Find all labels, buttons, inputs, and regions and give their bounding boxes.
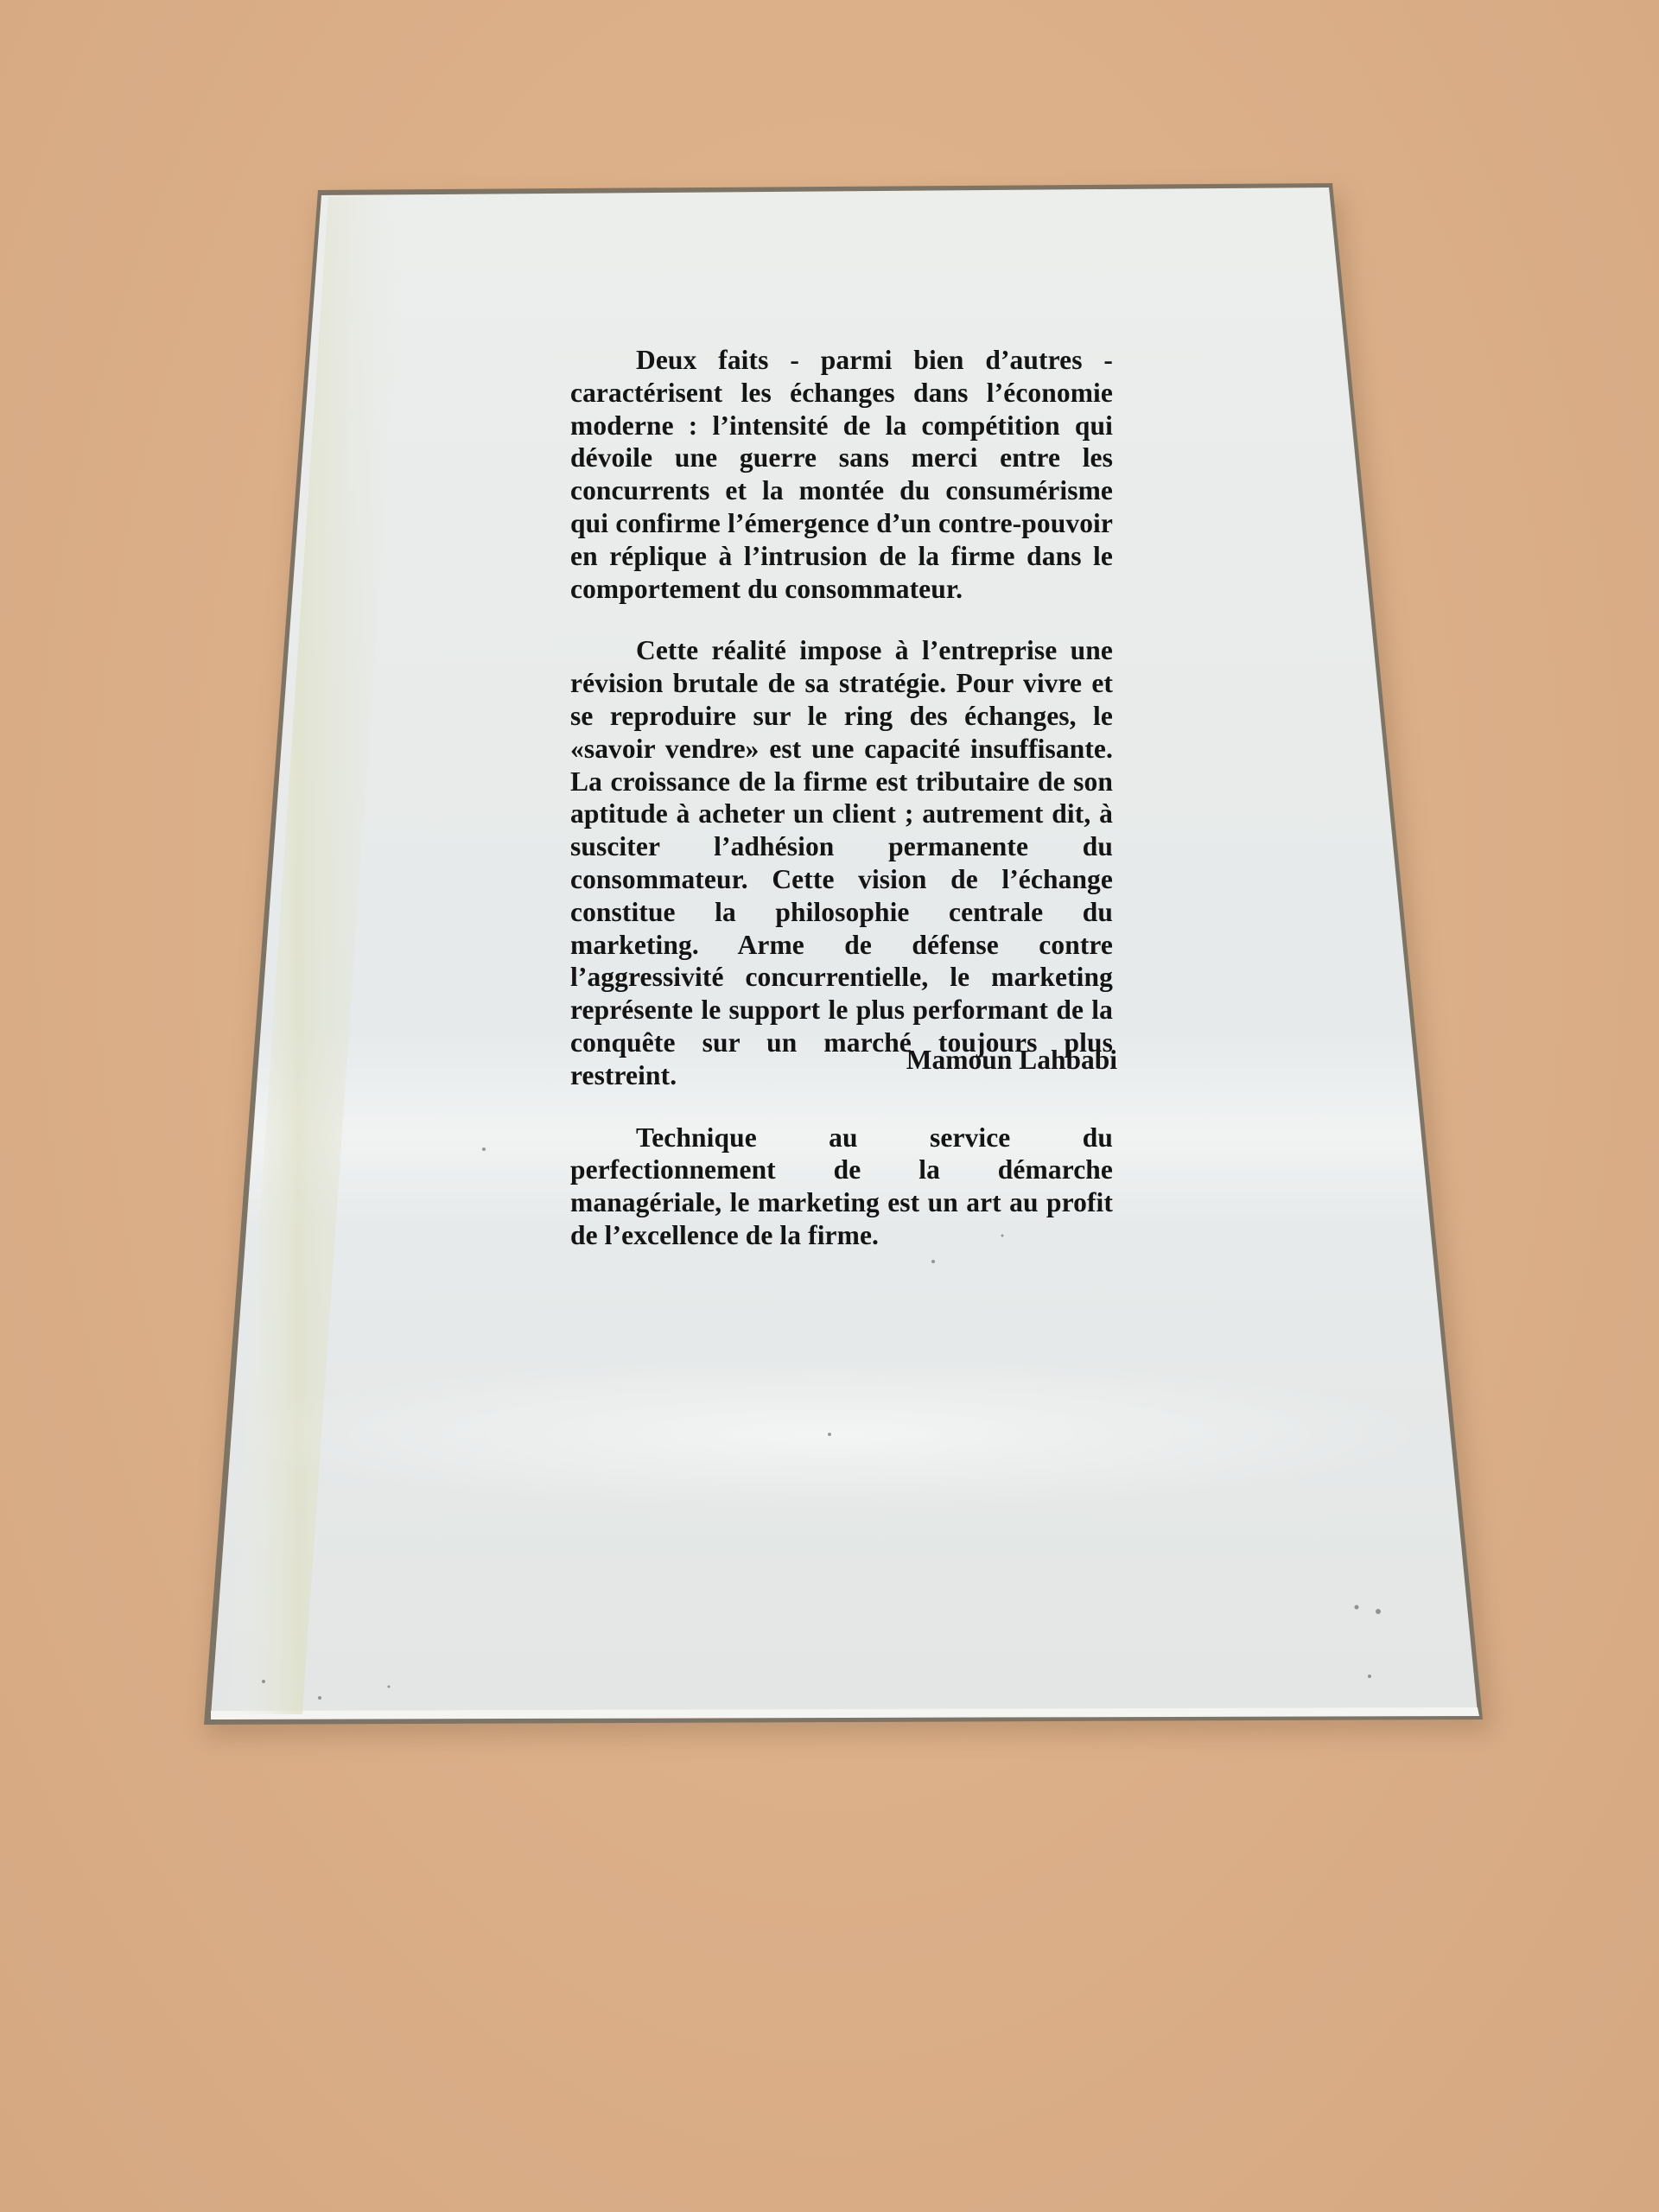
paragraph-1: Deux faits - parmi bien d’autres - carac…	[570, 344, 1113, 605]
photo-scene: Deux faits - parmi bien d’autres - carac…	[0, 0, 1659, 2212]
back-cover-text: Deux faits - parmi bien d’autres - carac…	[570, 344, 1113, 1281]
author-signature: Mamoun Lahbabi	[778, 1044, 1117, 1077]
paragraph-3: Technique au service du perfectionnement…	[570, 1122, 1113, 1252]
paragraph-2: Cette réalité impose à l’entreprise une …	[570, 634, 1113, 1091]
